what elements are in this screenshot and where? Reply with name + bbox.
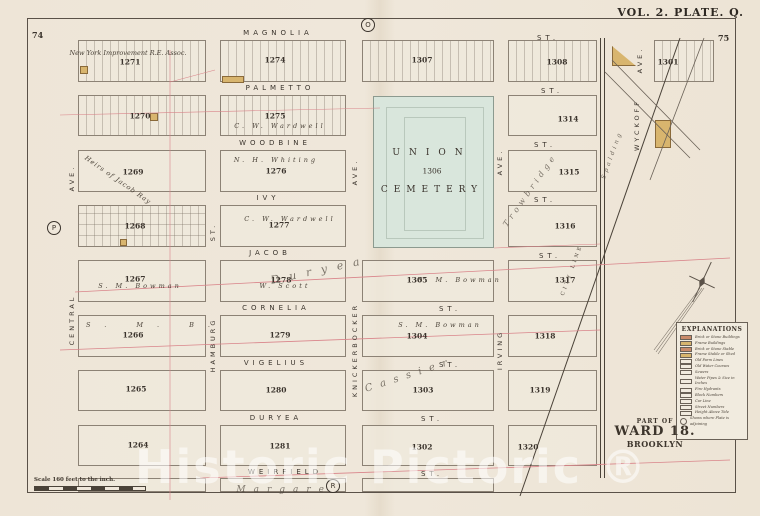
block-number: 1279 bbox=[270, 331, 291, 340]
legend-swatch bbox=[680, 388, 692, 393]
owner-name: C. W. Wardwell bbox=[234, 122, 325, 130]
legend-swatch bbox=[680, 393, 692, 398]
scale-bar: Scale 160 feet to the inch. bbox=[34, 477, 146, 491]
block-number: 1307 bbox=[412, 56, 433, 65]
owner-name: N. H. Whiting bbox=[234, 156, 318, 164]
legend-swatch bbox=[680, 359, 692, 364]
street-irving-ave-label: AVE. bbox=[496, 149, 504, 176]
street-palmetto: PALMETTO bbox=[246, 84, 315, 92]
atlas-sheet: VOL. 2. PLATE. Q. 74 75 UNION 1306 bbox=[0, 0, 760, 516]
block-number: 1275 bbox=[265, 112, 286, 121]
block-number: 1304 bbox=[407, 332, 428, 341]
legend-swatch bbox=[680, 399, 692, 404]
owner-name: S. M. Bowman bbox=[398, 321, 482, 329]
legend-title: EXPLANATIONS bbox=[680, 326, 744, 333]
street-woodbine-st: ST. bbox=[534, 141, 556, 149]
street-duryea: DURYEA bbox=[250, 414, 302, 422]
legend-swatch bbox=[680, 353, 692, 358]
block-number: 1303 bbox=[413, 386, 434, 395]
legend-swatch bbox=[680, 335, 692, 340]
block-number: 1316 bbox=[555, 222, 576, 231]
adjoining-plate-marker-p[interactable]: P bbox=[47, 221, 61, 235]
street-central: CENTRAL bbox=[68, 295, 76, 346]
block-number: 1270 bbox=[130, 112, 151, 121]
legend-swatch bbox=[680, 370, 692, 375]
legend-swatch bbox=[680, 379, 692, 384]
street-ivy: IVY bbox=[256, 194, 279, 202]
owner-name: S. M. B. bbox=[86, 321, 224, 329]
block-number: 1274 bbox=[265, 56, 286, 65]
street-woodbine: WOODBINE bbox=[239, 139, 311, 147]
block-number: 1301 bbox=[658, 58, 679, 67]
owner-name: S. M. Bowman bbox=[98, 282, 182, 290]
legend-swatch bbox=[680, 364, 692, 369]
owner-name: New York Improvement R.E. Assoc. bbox=[69, 49, 186, 57]
street-jacob: JACOB bbox=[249, 249, 291, 257]
street-cornelia-st: ST. bbox=[439, 305, 461, 313]
street-knickerbocker-ave-label: AVE. bbox=[351, 159, 359, 186]
street-vigelius: VIGELIUS bbox=[244, 359, 308, 367]
owner-name: C. W. Wardwell bbox=[244, 215, 335, 223]
block-number: 1276 bbox=[266, 167, 287, 176]
block-number: 1280 bbox=[266, 386, 287, 395]
street-hamburg-st-label: ST. bbox=[209, 223, 217, 241]
owner-name: S. M. Bowman bbox=[418, 276, 502, 284]
watermark: Historic Pictoric ® bbox=[135, 440, 648, 494]
block-number: 1319 bbox=[530, 386, 551, 395]
street-palmetto-st: ST. bbox=[541, 87, 563, 95]
legend-swatch bbox=[680, 405, 692, 410]
adjoining-plate-marker-o[interactable]: O bbox=[361, 18, 375, 32]
legend-swatch bbox=[680, 347, 692, 352]
street-magnolia: MAGNOLIA bbox=[243, 29, 313, 37]
legend-item: Water Pipes & Size in Inches bbox=[680, 376, 744, 388]
street-wyckoff: WYCKOFF bbox=[633, 99, 641, 151]
street-ivy-st: ST. bbox=[534, 196, 556, 204]
red-survey-line bbox=[60, 108, 380, 115]
street-central-ave-label: AVE. bbox=[68, 165, 76, 192]
block-number: 1271 bbox=[120, 58, 141, 67]
block-number: 1265 bbox=[126, 385, 147, 394]
block-number: 1268 bbox=[125, 222, 146, 231]
street-knickerbocker: KNICKERBOCKER bbox=[351, 303, 359, 397]
block-number: 1315 bbox=[559, 168, 580, 177]
block-number: 1318 bbox=[535, 332, 556, 341]
street-duryea-st: ST. bbox=[421, 415, 443, 423]
street-cornelia: CORNELIA bbox=[242, 304, 310, 312]
block-number: 1314 bbox=[558, 115, 579, 124]
street-irving: IRVING bbox=[496, 330, 504, 370]
block-number: 1308 bbox=[547, 58, 568, 67]
street-wyckoff-ave-label: AVE. bbox=[636, 47, 644, 74]
scale-graphic bbox=[34, 486, 146, 491]
block-number: 1269 bbox=[123, 168, 144, 177]
block-number: 1266 bbox=[123, 331, 144, 340]
street-jacob-st: ST. bbox=[539, 252, 561, 260]
cartouche-ward: WARD 18. bbox=[610, 425, 700, 439]
legend-swatch bbox=[680, 411, 692, 416]
legend-swatch bbox=[680, 341, 692, 346]
scale-label: Scale 160 feet to the inch. bbox=[34, 477, 146, 483]
street-magnolia-st: ST. bbox=[537, 34, 559, 42]
